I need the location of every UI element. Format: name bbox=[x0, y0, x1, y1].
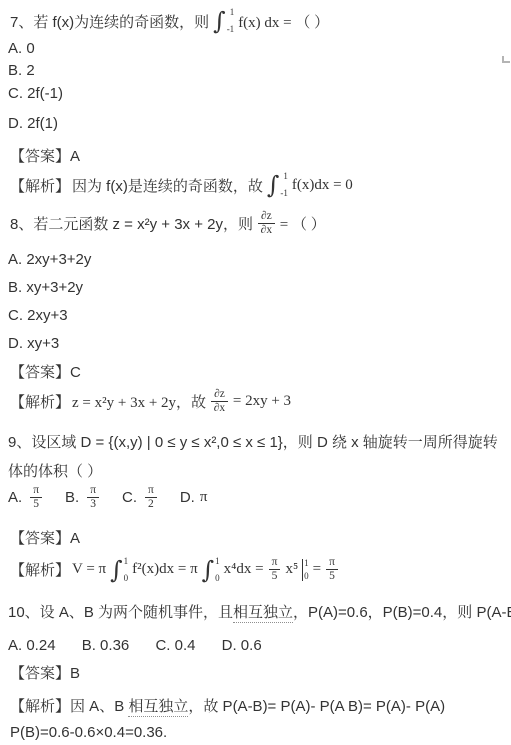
q7-stem-formula: f(x) dx = （ ） bbox=[238, 11, 329, 32]
q7-option-b: B. 2 bbox=[8, 62, 35, 79]
evaluation-bar: 1 0 bbox=[302, 559, 309, 581]
q9-answer: 【答案】A bbox=[10, 527, 80, 548]
q10-option-d: D. 0.6 bbox=[222, 637, 262, 654]
q10-answer: 【答案】B bbox=[10, 662, 80, 683]
integral-symbol: ∫ 1 0 bbox=[110, 557, 128, 583]
q9-options: A. π 5 B. π 3 C. π 2 D. π bbox=[8, 484, 227, 511]
q9-option-d: D. π bbox=[180, 489, 208, 506]
integral-symbol: ∫ 1 0 bbox=[202, 557, 220, 583]
answer-label: 【答案】 bbox=[10, 665, 70, 682]
q7-analysis-text: 因为 f(x)是连续的奇函数，故 bbox=[72, 175, 263, 196]
underlined-phrase: 相互独立 bbox=[233, 604, 293, 623]
answer-label: 【答案】 bbox=[10, 364, 70, 381]
answer-label: 【答案】 bbox=[10, 530, 70, 547]
q7-analysis: 【解析】 因为 f(x)是连续的奇函数，故 ∫ 1 -1 f(x)dx = 0 bbox=[10, 172, 355, 198]
analysis-label: 【解析】 bbox=[10, 559, 70, 580]
analysis-label: 【解析】 bbox=[10, 391, 70, 412]
integral-symbol: ∫ 1 -1 bbox=[267, 172, 288, 198]
pi-fraction: π 2 bbox=[145, 484, 157, 511]
q10-options: A. 0.24 B. 0.36 C. 0.4 D. 0.6 bbox=[8, 637, 262, 654]
q10-analysis: 【解析】因 A、B 相互独立，故 P(A-B)= P(A)- P(A B)= P… bbox=[10, 694, 507, 745]
q10-option-c: C. 0.4 bbox=[155, 637, 195, 654]
q7-option-d: D. 2f(1) bbox=[8, 115, 58, 132]
answer-value: C bbox=[70, 364, 81, 381]
q9-analysis: 【解析】 V = π ∫ 1 0 f²(x)dx = π ∫ 1 0 x⁴dx … bbox=[10, 556, 341, 583]
q8-option-b: B. xy+3+2y bbox=[8, 279, 83, 296]
integral-symbol: ∫ 1 -1 bbox=[213, 8, 234, 34]
underlined-phrase: 相互独立 bbox=[128, 698, 188, 717]
question-9-stem: 9、设区域 D = {(x,y) | 0 ≤ y ≤ x²,0 ≤ x ≤ 1}… bbox=[8, 428, 505, 486]
q7-option-c: C. 2f(-1) bbox=[8, 85, 63, 102]
q9-option-b: B. π 3 bbox=[65, 484, 102, 511]
q7-option-a: A. 0 bbox=[8, 40, 35, 57]
question-8-stem: 8、若二元函数 z = x²y + 3x + 2y，则 ∂z ∂x = （ ） bbox=[8, 210, 328, 237]
answer-label: 【答案】 bbox=[10, 148, 70, 165]
analysis-label: 【解析】 bbox=[10, 698, 70, 715]
pi-fraction: π 3 bbox=[87, 484, 99, 511]
q10-option-a: A. 0.24 bbox=[8, 637, 56, 654]
q8-option-a: A. 2xy+3+2y bbox=[8, 251, 91, 268]
question-7-stem: 7、若 f(x)为连续的奇函数，则 ∫ 1 -1 f(x) dx = （ ） bbox=[8, 8, 331, 34]
pi-fraction: π 5 bbox=[30, 484, 42, 511]
answer-value: A bbox=[70, 148, 80, 165]
q8-option-d: D. xy+3 bbox=[8, 335, 59, 352]
q9-option-c: C. π 2 bbox=[122, 484, 160, 511]
answer-value: A bbox=[70, 530, 80, 547]
scan-artifact-mark bbox=[502, 56, 510, 63]
q10-option-b: B. 0.36 bbox=[82, 637, 130, 654]
analysis-label: 【解析】 bbox=[10, 175, 70, 196]
answer-value: B bbox=[70, 665, 80, 682]
q8-analysis: 【解析】 z = x²y + 3x + 2y，故 ∂z ∂x = 2xy + 3 bbox=[10, 388, 293, 415]
q9-option-a: A. π 5 bbox=[8, 484, 45, 511]
q8-analysis-formula: = 2xy + 3 bbox=[233, 393, 291, 410]
pi-fraction: π 5 bbox=[326, 556, 338, 583]
q8-stem-formula: = （ ） bbox=[280, 213, 326, 234]
q8-analysis-text: z = x²y + 3x + 2y，故 bbox=[72, 391, 206, 412]
partial-derivative-fraction: ∂z ∂x bbox=[258, 210, 275, 237]
q7-answer: 【答案】A bbox=[10, 145, 80, 166]
partial-derivative-fraction: ∂z ∂x bbox=[211, 388, 228, 415]
exam-page: { "q7": { "stem_prefix": "7、若 f(x)为连续的奇函… bbox=[0, 0, 511, 745]
q7-stem-text: 7、若 f(x)为连续的奇函数，则 bbox=[10, 11, 209, 32]
q8-stem-text: 8、若二元函数 z = x²y + 3x + 2y，则 bbox=[10, 213, 253, 234]
question-10-stem: 10、设 A、B 为两个随机事件，且相互独立，P(A)=0.6，P(B)=0.4… bbox=[8, 601, 511, 622]
pi-fraction: π 5 bbox=[269, 556, 281, 583]
q7-analysis-formula: f(x)dx = 0 bbox=[292, 177, 353, 194]
q8-option-c: C. 2xy+3 bbox=[8, 307, 68, 324]
q8-answer: 【答案】C bbox=[10, 361, 81, 382]
